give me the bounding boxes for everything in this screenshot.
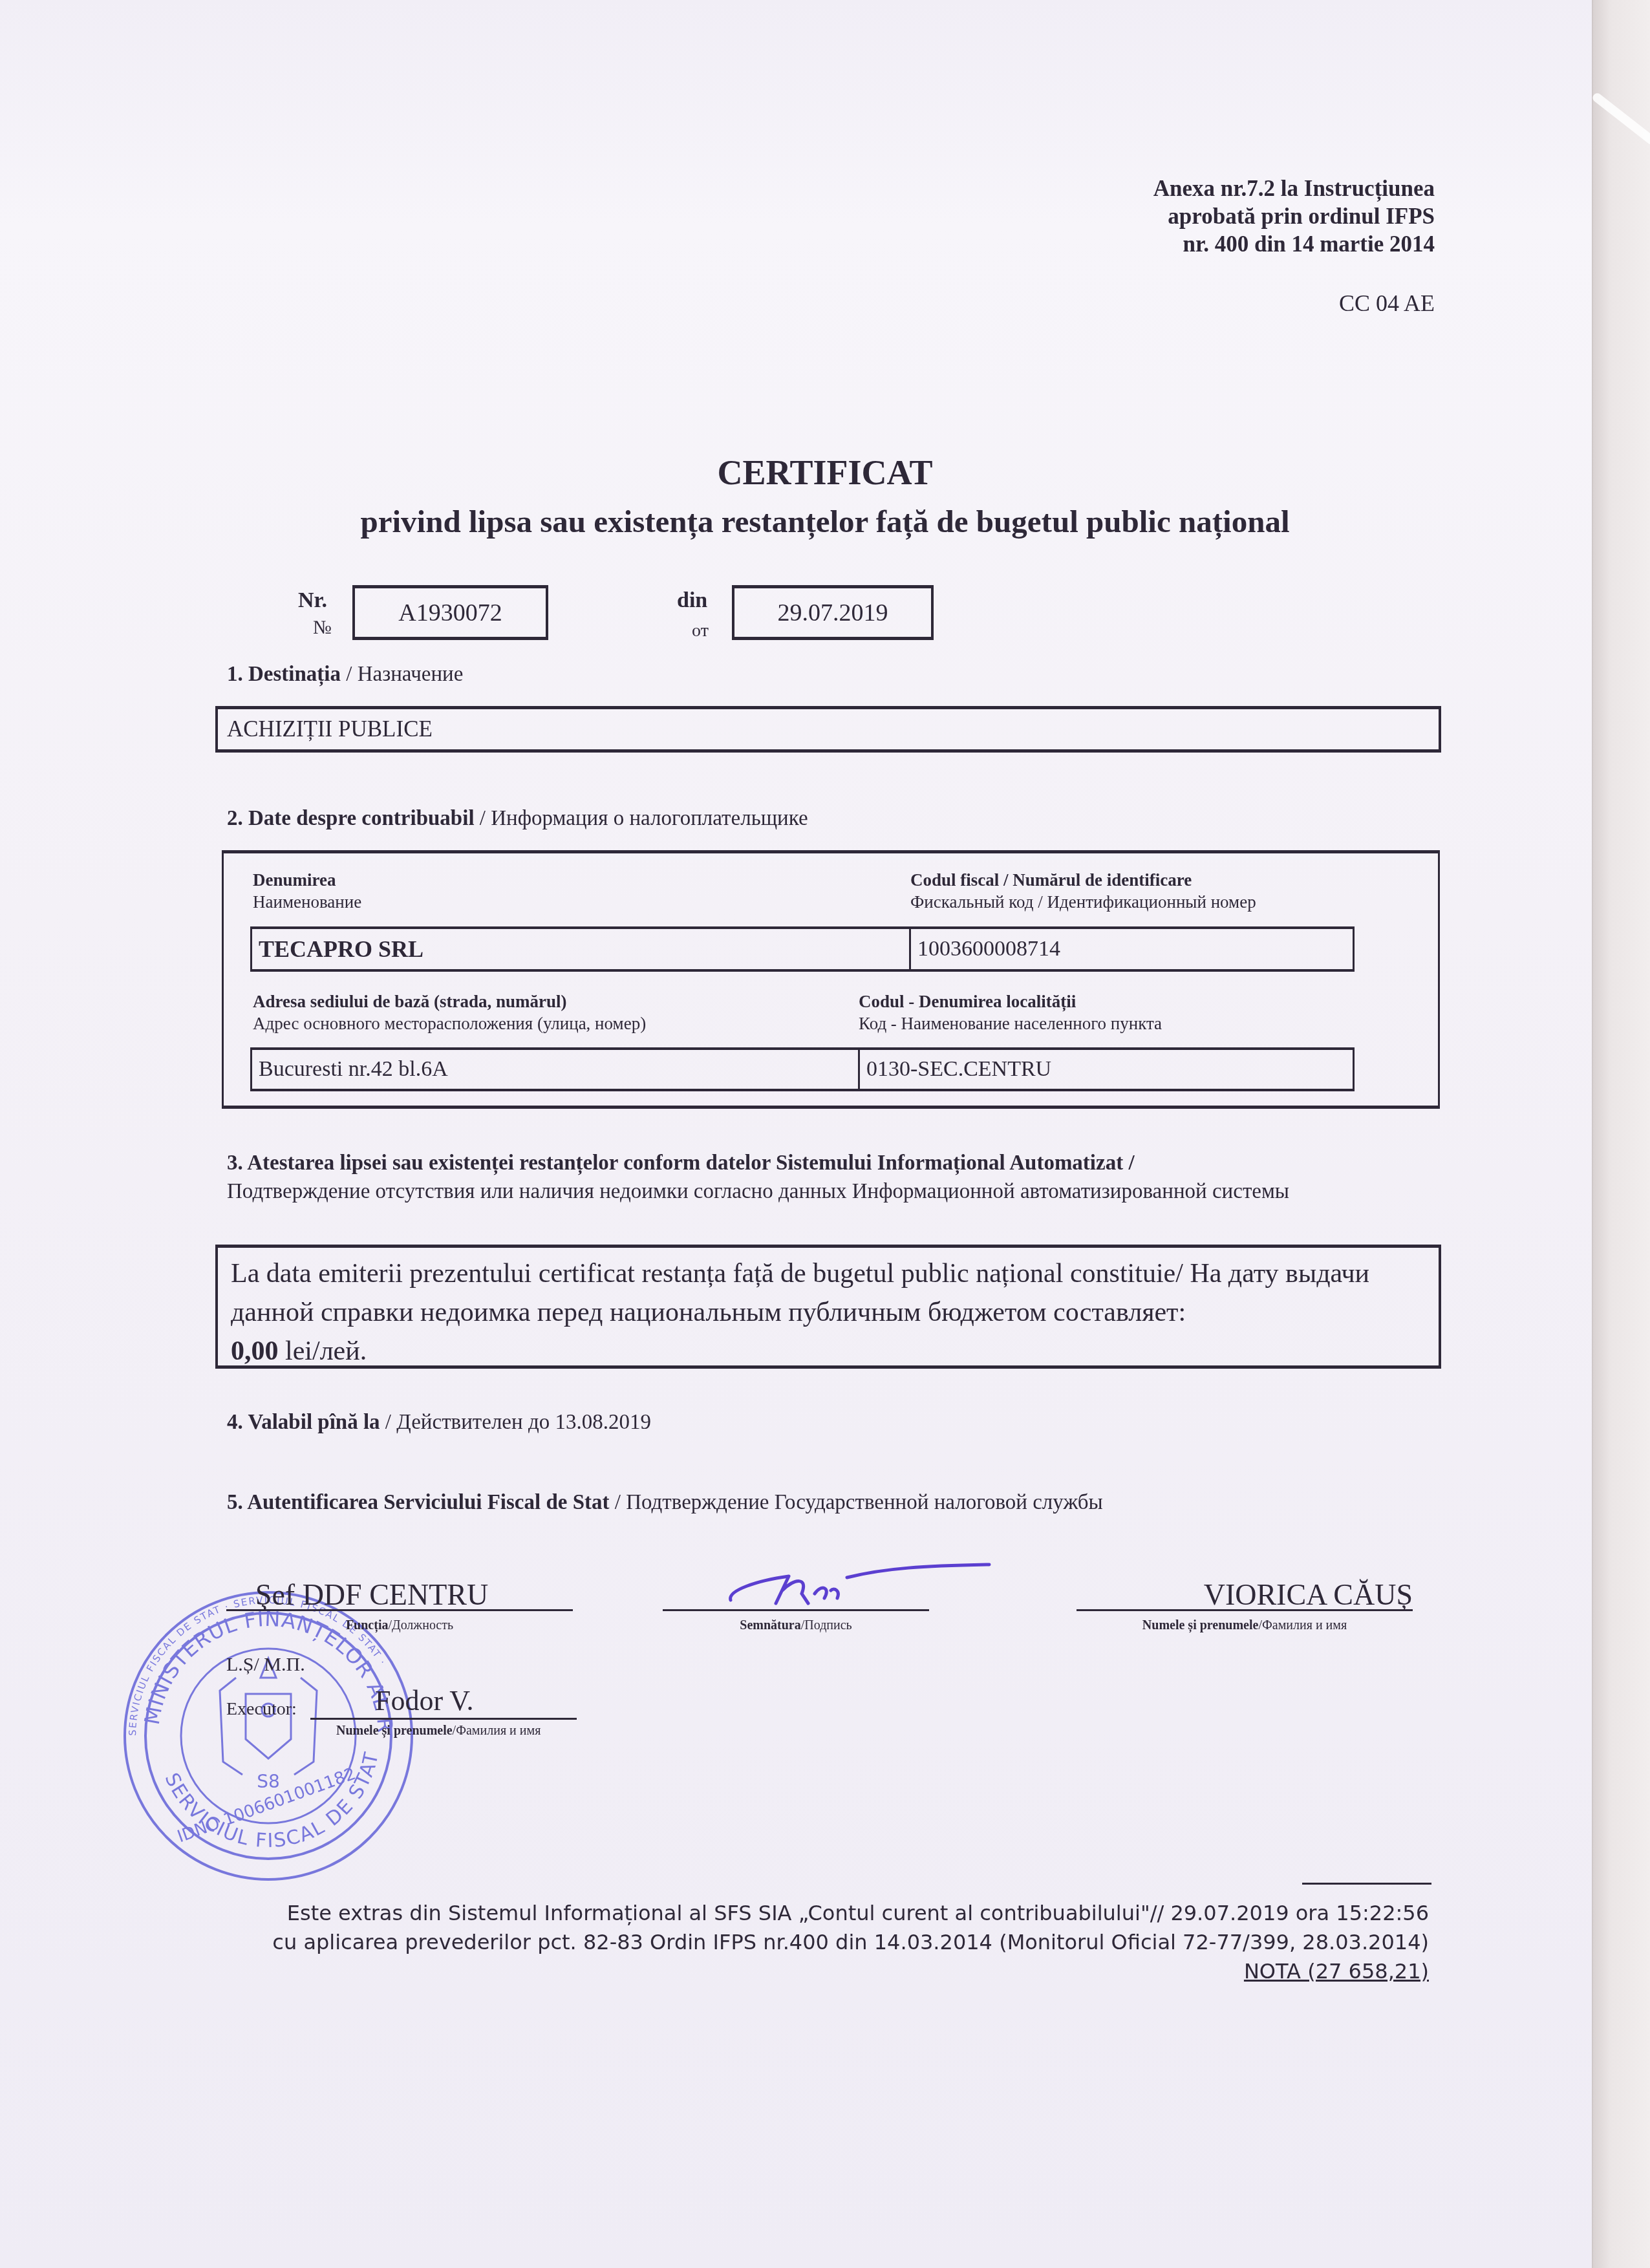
section-4-validity: 4. Valabil pînă la / Действителен до 13.… — [227, 1411, 651, 1435]
footer-separator — [1302, 1883, 1431, 1885]
seal-label: L.Ș/ М.П. — [226, 1654, 305, 1676]
section-1-heading-ru: / Назначение — [341, 663, 463, 686]
annex-line: Anexa nr.7.2 la Instrucțiunea — [1153, 175, 1435, 202]
address-label: Adresa sediului de bază (strada, numărul… — [253, 990, 646, 1034]
annex-reference: Anexa nr.7.2 la Instrucțiunea aprobată p… — [1153, 175, 1435, 258]
address-label-ru: Адрес основного месторасположения (улица… — [253, 1012, 646, 1034]
plastic-sleeve-edge — [1592, 0, 1650, 2268]
handwritten-signature — [718, 1558, 996, 1610]
name-label: Denumirea Наименование — [253, 869, 361, 913]
section-5-heading-ru: / Подтверждение Государственной налогово… — [610, 1491, 1103, 1514]
fiscal-code-label: Codul fiscal / Numărul de identificare Ф… — [910, 869, 1256, 913]
certificate-number: A1930072 — [398, 599, 502, 627]
fiscal-code: 1003600008714 — [917, 937, 1060, 961]
name-label-ro: Denumirea — [253, 869, 361, 891]
executor-line — [310, 1718, 577, 1720]
locality-label: Codul - Denumirea localității Код - Наим… — [859, 990, 1162, 1034]
locality-field: 0130-SEC.CENTRU — [858, 1047, 1355, 1091]
name-label-ru: Наименование — [253, 891, 361, 913]
arrears-statement: La data emiterii prezentului certificat … — [231, 1259, 1369, 1327]
annex-line: nr. 400 din 14 martie 2014 — [1153, 230, 1435, 258]
section-2-heading-ro: 2. Date despre contribuabil — [227, 807, 475, 830]
issue-date-field: 29.07.2019 — [732, 585, 934, 640]
position-caption: Funcția/Должность — [226, 1618, 573, 1633]
document-title: CERTIFICAT — [0, 453, 1650, 493]
locality-value: 0130-SEC.CENTRU — [866, 1057, 1051, 1082]
executor-caption-ru: /Фамилия и имя — [453, 1724, 541, 1738]
company-name: TECAPRO SRL — [259, 936, 423, 963]
section-5-heading-ro: 5. Autentificarea Serviciului Fiscal de … — [227, 1491, 610, 1514]
certificate-number-field: A1930072 — [352, 585, 548, 640]
section-3-heading-ru: Подтверждение отсутствия или наличия нед… — [227, 1177, 1455, 1206]
address-value: Bucuresti nr.42 bl.6A — [259, 1057, 448, 1082]
date-label: din — [677, 588, 707, 613]
position-value: Şef DDF CENTRU — [246, 1578, 498, 1612]
executor-label: Executor: — [226, 1699, 297, 1720]
company-name-field: TECAPRO SRL — [250, 926, 911, 972]
validity-label: 4. Valabil pînă la — [227, 1411, 380, 1434]
section-3-heading: 3. Atestarea lipsei sau existenței resta… — [227, 1149, 1455, 1206]
section-3-heading-ro: 3. Atestarea lipsei sau existenței resta… — [227, 1149, 1455, 1177]
signatory-name: VIORICA CĂUȘ — [1077, 1578, 1413, 1612]
number-label: Nr. — [298, 588, 327, 613]
section-1-heading: 1. Destinația / Назначение — [227, 663, 463, 687]
signature-caption: Semnătura/Подпись — [663, 1618, 929, 1633]
address-field: Bucuresti nr.42 bl.6A — [250, 1047, 860, 1091]
footer-line-1: Este extras din Sistemul Informațional a… — [213, 1899, 1429, 1928]
validity-value: / Действителен до 13.08.2019 — [380, 1411, 651, 1434]
system-extract-note: Este extras din Sistemul Informațional a… — [213, 1899, 1429, 1986]
fiscal-code-label-ru: Фискальный код / Идентификационный номер — [910, 891, 1256, 913]
number-label-ru: № — [313, 617, 332, 639]
section-1-heading-ro: 1. Destinația — [227, 663, 341, 686]
fiscal-code-field: 1003600008714 — [909, 926, 1355, 972]
taxpayer-info-box: Denumirea Наименование Codul fiscal / Nu… — [222, 850, 1440, 1109]
section-5-heading: 5. Autentificarea Serviciului Fiscal de … — [227, 1491, 1103, 1515]
issue-date: 29.07.2019 — [778, 599, 888, 627]
signatory-name-caption: Numele și prenumele/Фамилия и имя — [1077, 1618, 1413, 1633]
locality-label-ru: Код - Наименование населенного пункта — [859, 1012, 1162, 1034]
form-code: CC 04 AE — [1339, 290, 1435, 317]
executor-caption: Numele și prenumele/Фамилия и имя — [336, 1724, 582, 1738]
position-caption-ru: /Должность — [388, 1618, 453, 1632]
footer-line-2: cu aplicarea prevederilor pct. 82-83 Ord… — [213, 1928, 1429, 1957]
document-subtitle: privind lipsa sau existența restanțelor … — [0, 503, 1650, 540]
arrears-statement-box: La data emiterii prezentului certificat … — [215, 1245, 1441, 1369]
section-2-heading: 2. Date despre contribuabil / Информация… — [227, 807, 808, 831]
destination-field: ACHIZIȚII PUBLICE — [215, 706, 1441, 753]
date-label-ru: от — [692, 621, 709, 641]
footer-nota: NOTA (27 658,21) — [213, 1957, 1429, 1986]
fiscal-code-label-ro: Codul fiscal / Numărul de identificare — [910, 869, 1256, 891]
arrears-currency: lei/лей. — [279, 1336, 367, 1366]
position-line — [226, 1609, 573, 1611]
signature-line — [663, 1609, 929, 1611]
destination-value: ACHIZIȚII PUBLICE — [227, 716, 433, 742]
position-caption-ro: Funcția — [346, 1618, 389, 1632]
executor-caption-ro: Numele și prenumele — [336, 1724, 453, 1738]
section-2-heading-ru: / Информация о налогоплательщике — [475, 807, 808, 830]
stamp-code: S8 — [257, 1771, 280, 1792]
address-label-ro: Adresa sediului de bază (strada, numărul… — [253, 990, 646, 1012]
signatory-name-line — [1077, 1609, 1413, 1611]
locality-label-ro: Codul - Denumirea localității — [859, 990, 1162, 1012]
annex-line: aprobată prin ordinul IFPS — [1153, 202, 1435, 230]
executor-name: Fodor V. — [375, 1684, 473, 1717]
signature-caption-ru: /Подпись — [801, 1618, 852, 1632]
signatory-name-caption-ru: /Фамилия и имя — [1258, 1618, 1347, 1632]
signature-caption-ro: Semnătura — [740, 1618, 800, 1632]
signatory-name-caption-ro: Numele și prenumele — [1142, 1618, 1259, 1632]
arrears-amount: 0,00 — [231, 1336, 279, 1366]
